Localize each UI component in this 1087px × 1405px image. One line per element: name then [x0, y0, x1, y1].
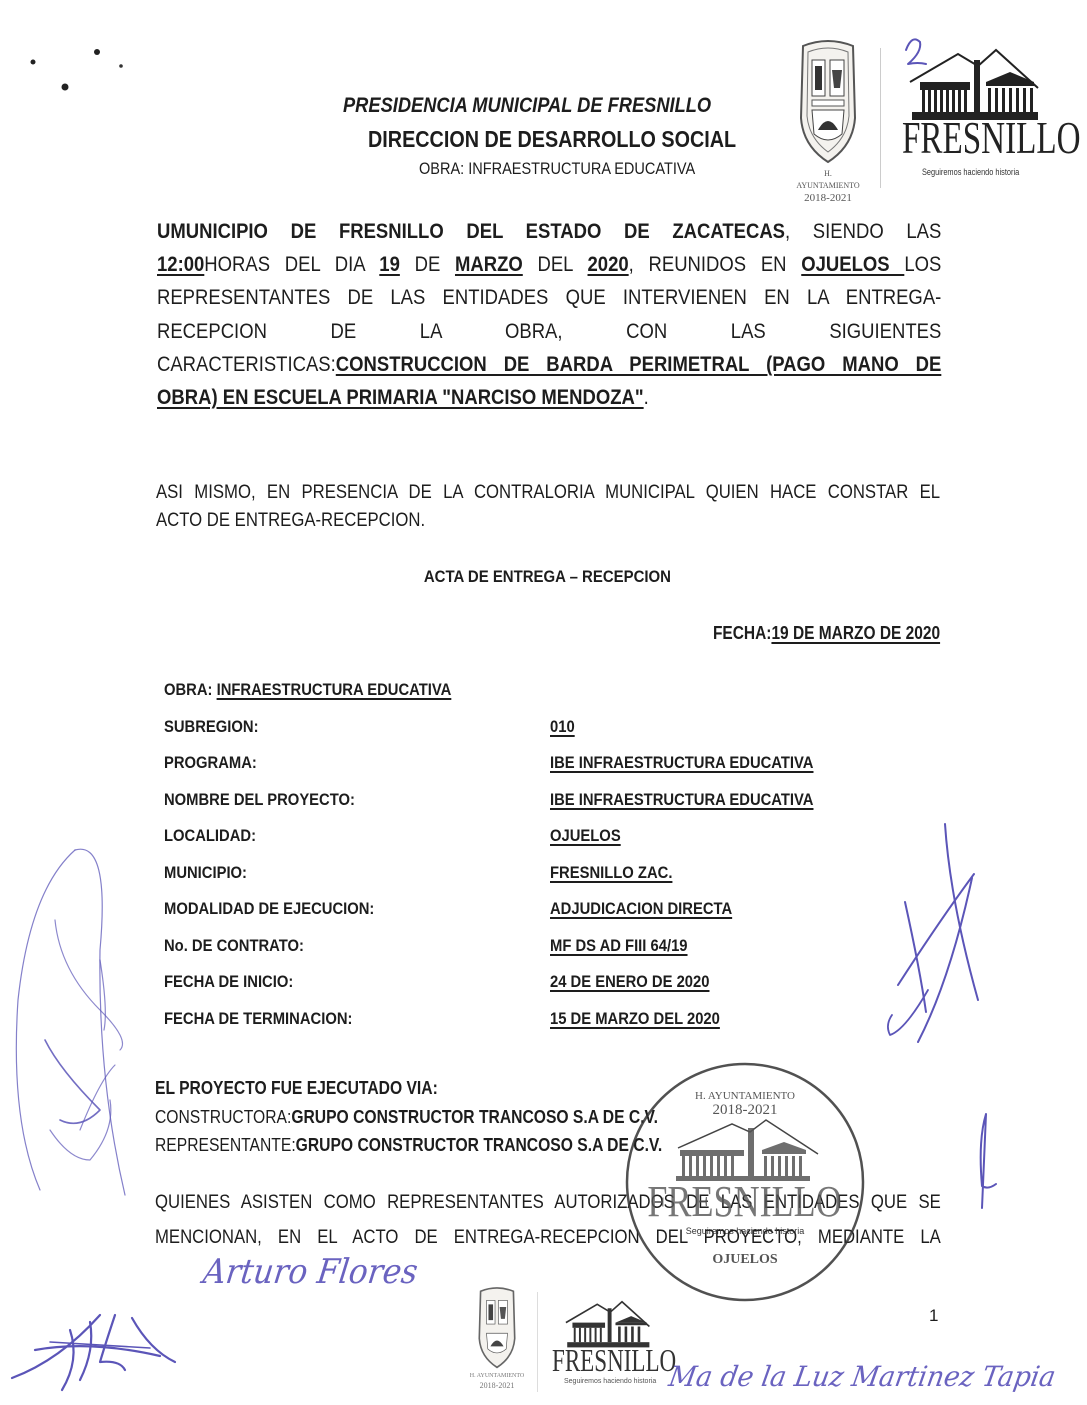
intro-segment: 19 [379, 252, 400, 276]
intro-segment: REPRESENTANTES DE LAS ENTIDADES QUE INTE… [157, 285, 941, 309]
bottom-center-signature: Arturo Flores [206, 1252, 439, 1292]
handwritten-2 [906, 39, 926, 64]
detail-value: IBE INFRAESTRUCTURA EDUCATIVA [550, 753, 813, 773]
detail-label: LOCALIDAD: [164, 826, 256, 846]
fecha-value: 19 DE MARZO DE 2020 [771, 623, 940, 643]
logo-wordmark: FRESNILLO [902, 112, 1080, 164]
header-subtitle: DIRECCION DE DESARROLLO SOCIAL [368, 126, 796, 153]
intro-segment: LOS [904, 252, 941, 276]
detail-value: FRESNILLO ZAC. [550, 863, 672, 883]
intro-segment: UMUNICIPIO DE FRESNILLO DEL ESTADO DE ZA… [157, 219, 785, 243]
intro-segment: 12:00 [157, 252, 204, 276]
footer-crest: H. AYUNTAMIENTO 2018-2021 [472, 1286, 522, 1402]
right-margin-signature [880, 810, 1000, 1050]
intro-line: REPRESENTANTES DE LAS ENTIDADES QUE INTE… [157, 281, 941, 314]
intro-line: OBRA) EN ESCUELA PRIMARIA "NARCISO MENDO… [157, 381, 941, 414]
detail-label: FECHA DE INICIO: [164, 972, 293, 992]
right-margin-mark [940, 1100, 1020, 1220]
intro-segment: , SIENDO LAS [785, 219, 941, 243]
intro-paragraph: UMUNICIPIO DE FRESNILLO DEL ESTADO DE ZA… [157, 215, 941, 414]
intro-segment: CONSTRUCCION DE BARDA PERIMETRAL (PAGO M… [336, 352, 942, 376]
intro-line: 12:00HORAS DEL DIA 19 DE MARZO DEL 2020,… [157, 248, 941, 281]
detail-value: 15 DE MARZO DEL 2020 [550, 1009, 720, 1029]
detail-value: OJUELOS [550, 826, 621, 846]
header-obra: OBRA: INFRAESTRUCTURA EDUCATIVA [419, 160, 733, 179]
representante-label: REPRESENTANTE: [155, 1135, 296, 1155]
obra-row: OBRA: INFRAESTRUCTURA EDUCATIVA [164, 680, 494, 700]
detail-label: MODALIDAD DE EJECUCION: [164, 899, 374, 919]
constructora-value: GRUPO CONSTRUCTOR TRANCOSO S.A DE C.V. [291, 1107, 658, 1127]
municipal-crest: H. AYUNTAMIENTO 2018-2021 [795, 38, 861, 198]
detail-value: ADJUDICACION DIRECTA [550, 899, 732, 919]
footer-logo-tagline: Seguiremos haciendo historia [564, 1378, 656, 1385]
detail-value: 24 DE ENERO DE 2020 [550, 972, 709, 992]
footer-logo-wordmark: FRESNILLO [552, 1342, 676, 1378]
execution-heading: EL PROYECTO FUE EJECUTADO VIA: [155, 1078, 438, 1098]
intro-segment: . [644, 385, 649, 409]
fresnillo-skyline-icon [898, 32, 1048, 124]
bottom-right-signature: Ma de la Luz Martinez Tapia [672, 1360, 1078, 1393]
intro-line: CARACTERISTICAS:CONSTRUCCION DE BARDA PE… [157, 348, 941, 381]
intro-line: UMUNICIPIO DE FRESNILLO DEL ESTADO DE ZA… [157, 215, 941, 248]
contraloria-line-1: ASI MISMO, EN PRESENCIA DE LA CONTRALORI… [156, 479, 940, 507]
intro-segment: HORAS DEL DIA [204, 252, 379, 276]
fecha-label: FECHA: [713, 623, 771, 643]
crest-caption-top: H. AYUNTAMIENTO [796, 169, 859, 190]
official-stamp: H. AYUNTAMIENTO 2018-2021 FRESNILLO Segu… [622, 1058, 868, 1304]
detail-label: No. DE CONTRATO: [164, 936, 304, 956]
detail-label: PROGRAMA: [164, 753, 257, 773]
page-number: 1 [929, 1306, 938, 1326]
crest-icon [795, 38, 861, 166]
detail-label: FECHA DE TERMINACION: [164, 1009, 352, 1029]
contraloria-paragraph: ASI MISMO, EN PRESENCIA DE LA CONTRALORI… [156, 479, 940, 535]
header-title: PRESIDENCIA MUNICIPAL DE FRESNILLO [343, 94, 766, 118]
representante-value: GRUPO CONSTRUCTOR TRANCOSO S.A DE C.V. [296, 1135, 663, 1155]
left-margin-signature [0, 830, 160, 1200]
footer-crest-caption-top: H. AYUNTAMIENTO [470, 1373, 525, 1379]
stamp-wordmark: FRESNILLO [648, 1178, 842, 1226]
intro-segment: , REUNIDOS EN [629, 252, 802, 276]
intro-segment: CARACTERISTICAS: [157, 352, 336, 376]
logo-divider [880, 48, 881, 188]
detail-label: MUNICIPIO: [164, 863, 247, 883]
stamp-tagline: Seguiremos haciendo historia [686, 1226, 805, 1236]
crest-caption-years: 2018-2021 [804, 192, 852, 204]
intro-segment: MARZO [455, 252, 523, 276]
footer-logo-divider [537, 1292, 538, 1392]
obra-value: INFRAESTRUCTURA EDUCATIVA [217, 680, 452, 699]
intro-segment: RECEPCION DE LA OBRA, CON LAS SIGUIENTES [157, 319, 941, 343]
contraloria-line-2: ACTO DE ENTREGA-RECEPCION. [156, 507, 940, 535]
detail-value: MF DS AD FIII 64/19 [550, 936, 688, 956]
intro-line: RECEPCION DE LA OBRA, CON LAS SIGUIENTES [157, 315, 941, 348]
stamp-bottom: OJUELOS [712, 1252, 777, 1267]
detail-value: 010 [550, 717, 575, 737]
acta-title: ACTA DE ENTREGA – RECEPCION [0, 567, 1087, 587]
obra-label: OBRA: [164, 680, 217, 699]
detail-label: NOMBRE DEL PROYECTO: [164, 790, 355, 810]
fresnillo-logo: FRESNILLO Seguiremos haciendo historia [898, 32, 1048, 182]
intro-segment: 2020 [588, 252, 629, 276]
footer-crest-caption-years: 2018-2021 [480, 1381, 515, 1390]
stamp-top: H. AYUNTAMIENTO [695, 1090, 795, 1102]
detail-value: IBE INFRAESTRUCTURA EDUCATIVA [550, 790, 813, 810]
intro-segment: OBRA) EN ESCUELA PRIMARIA "NARCISO MENDO… [157, 385, 644, 409]
constructora-label: CONSTRUCTORA: [155, 1107, 291, 1127]
bottom-left-signature [0, 1290, 200, 1405]
scan-specks [0, 0, 200, 120]
intro-segment: DEL [523, 252, 588, 276]
fecha: FECHA:19 DE MARZO DE 2020 [676, 623, 940, 644]
footer-skyline-icon [552, 1290, 662, 1350]
detail-label: SUBREGION: [164, 717, 259, 737]
footer-crest-icon [472, 1286, 522, 1370]
intro-segment: DE [400, 252, 455, 276]
stamp-years: 2018-2021 [713, 1102, 778, 1118]
logo-tagline: Seguiremos haciendo historia [922, 167, 1019, 177]
footer-fresnillo-logo: FRESNILLO Seguiremos haciendo historia [552, 1290, 672, 1400]
intro-segment: OJUELOS [801, 252, 904, 276]
